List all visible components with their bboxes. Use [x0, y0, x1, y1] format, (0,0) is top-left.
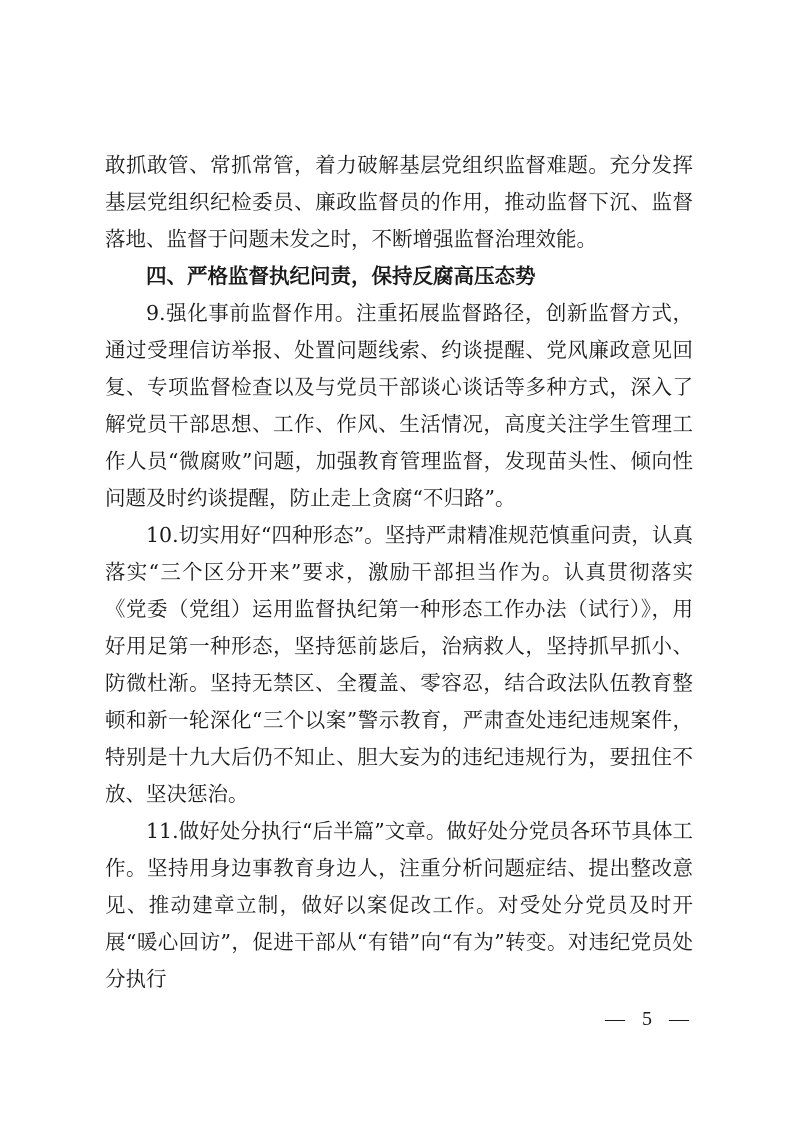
- document-body: 敢抓敢管、常抓常管，着力破解基层党组织监督难题。充分发挥基层党组织纪检委员、廉政…: [105, 147, 693, 998]
- paragraph-item-10: 10.切实用好“四种形态”。坚持严肃精准规范慎重问责，认真落实“三个区分开来”要…: [105, 517, 693, 813]
- section-heading: 四、严格监督执纪问责，保持反腐高压态势: [105, 258, 693, 295]
- page-number: — 5 —: [605, 1008, 695, 1031]
- document-page: 敢抓敢管、常抓常管，着力破解基层党组织监督难题。充分发挥基层党组织纪检委员、廉政…: [0, 0, 794, 1123]
- paragraph-item-11: 11.做好处分执行“后半篇”文章。做好处分党员各环节具体工作。坚持用身边事教育身…: [105, 813, 693, 998]
- paragraph-continuation: 敢抓敢管、常抓常管，着力破解基层党组织监督难题。充分发挥基层党组织纪检委员、廉政…: [105, 147, 693, 258]
- paragraph-item-9: 9.强化事前监督作用。注重拓展监督路径，创新监督方式，通过受理信访举报、处置问题…: [105, 295, 693, 517]
